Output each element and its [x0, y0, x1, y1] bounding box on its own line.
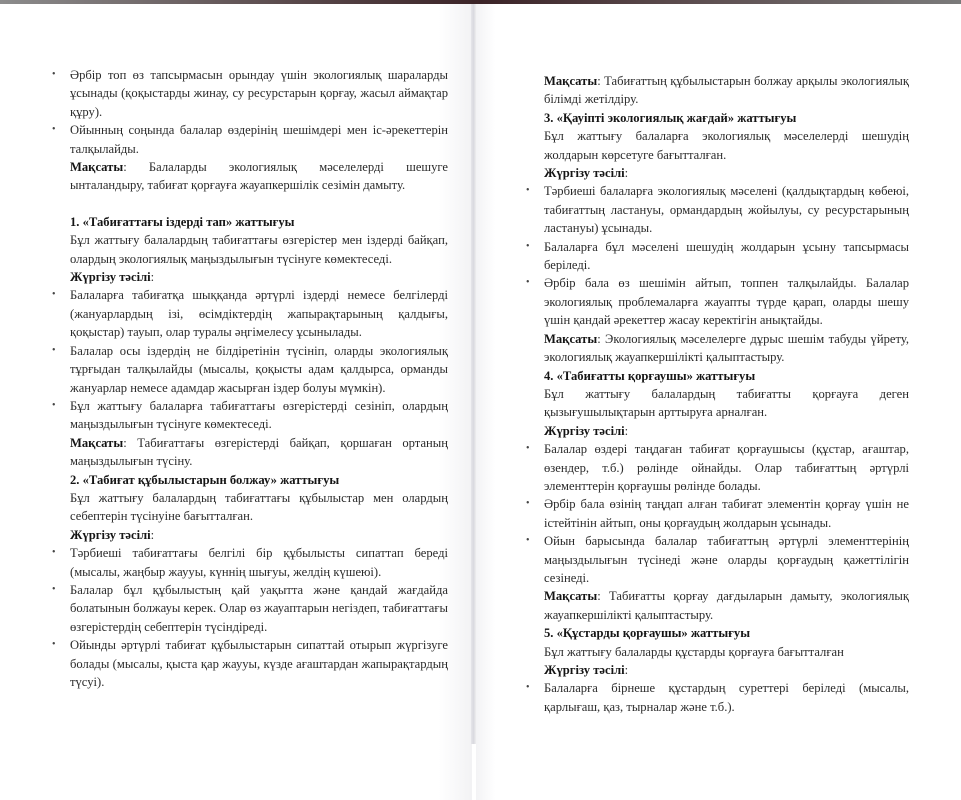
method-title: Жүргізу тәсілі — [544, 166, 625, 180]
method-label: Жүргізу тәсілі: — [52, 268, 448, 286]
method-title: Жүргізу тәсілі — [70, 528, 151, 542]
bullet-item: Балаларға бұл мәселені шешудің жолдарын … — [526, 238, 909, 275]
bullet-item: Балалар бұл құбылыстың қай уақытта және … — [52, 581, 448, 636]
bullet-item: Әрбір бала өз шешімін айтып, топпен талқ… — [526, 274, 909, 329]
method-title: Жүргізу тәсілі — [70, 270, 151, 284]
method-label: Жүргізу тәсілі: — [52, 526, 448, 544]
exercise-description: Бұл жаттығу балалардың табиғаттағы құбыл… — [52, 489, 448, 526]
goal-text: : Табиғаттағы өзгерістерді байқап, қорша… — [70, 436, 448, 468]
bullet-item: Балалар осы іздердің не білдіретінін түс… — [52, 342, 448, 397]
bullet-item: Тәрбиеші табиғаттағы белгілі бір құбылыс… — [52, 544, 448, 581]
spacer — [52, 195, 448, 213]
exercise-description: Бұл жаттығу балалардың табиғатты қорғауғ… — [526, 385, 909, 422]
left-page-content: Әрбір топ өз тапсырмасын орындау үшін эк… — [52, 66, 448, 691]
exercise-description: Бұл жаттығу балалардың табиғаттағы өзгер… — [52, 231, 448, 268]
bullet-item: Балаларға табиғатқа шыққанда әртүрлі ізд… — [52, 286, 448, 341]
goal-label: Мақсаты — [544, 74, 597, 88]
exercise-heading: 1. «Табиғаттағы іздерді тап» жаттығуы — [52, 213, 448, 231]
exercise-heading: 4. «Табиғатты қорғаушы» жаттығуы — [526, 367, 909, 385]
goal-paragraph: Мақсаты: Табиғаттың құбылыстарын болжау … — [526, 72, 909, 109]
goal-paragraph: Мақсаты: Экологиялық мәселелерге дұрыс ш… — [526, 330, 909, 367]
goal-label: Мақсаты — [70, 436, 123, 450]
method-colon: : — [625, 424, 629, 438]
goal-text: : Экологиялық мәселелерге дұрыс шешім та… — [544, 332, 909, 364]
goal-label: Мақсаты — [544, 589, 597, 603]
goal-paragraph: Мақсаты: Табиғатты қорғау дағдыларын дам… — [526, 587, 909, 624]
bullet-item: Балаларға бірнеше құстардың суреттері бе… — [526, 679, 909, 716]
bullet-item: Бұл жаттығу балаларға табиғаттағы өзгері… — [52, 397, 448, 434]
bullet-item: Балалар өздері таңдаған табиғат қорғаушы… — [526, 440, 909, 495]
goal-label: Мақсаты — [70, 160, 123, 174]
bullet-item: Тәрбиеші балаларға экологиялық мәселені … — [526, 182, 909, 237]
goal-text: : Балаларды экологиялық мәселелерді шешу… — [70, 160, 448, 192]
goal-paragraph: Мақсаты: Табиғаттағы өзгерістерді байқап… — [52, 434, 448, 471]
exercise-description: Бұл жаттығу балаларға экологиялық мәселе… — [526, 127, 909, 164]
bullet-item: Ойынның соңында балалар өздерінің шешімд… — [52, 121, 448, 158]
goal-text: : Табиғаттың құбылыстарын болжау арқылы … — [544, 74, 909, 106]
bullet-item: Ойын барысында балалар табиғаттың әртүрл… — [526, 532, 909, 587]
method-label: Жүргізу тәсілі: — [526, 164, 909, 182]
right-page: Мақсаты: Табиғаттың құбылыстарын болжау … — [476, 4, 961, 800]
goal-paragraph: Мақсаты: Балаларды экологиялық мәселелер… — [52, 158, 448, 195]
bullet-item: Ойынды әртүрлі табиғат құбылыстарын сипа… — [52, 636, 448, 691]
exercise-description: Бұл жаттығу балаларды құстарды қорғауға … — [526, 643, 909, 661]
exercise-heading: 3. «Қауіпті экологиялық жағдай» жаттығуы — [526, 109, 909, 127]
goal-label: Мақсаты — [544, 332, 597, 346]
exercise-heading: 2. «Табиғат құбылыстарын болжау» жаттығу… — [52, 471, 448, 489]
method-label: Жүргізу тәсілі: — [526, 661, 909, 679]
method-colon: : — [625, 663, 629, 677]
exercise-heading: 5. «Құстарды қорғаушы» жаттығуы — [526, 624, 909, 642]
method-colon: : — [151, 528, 155, 542]
right-page-content: Мақсаты: Табиғаттың құбылыстарын болжау … — [526, 72, 909, 716]
goal-text: : Табиғатты қорғау дағдыларын дамыту, эк… — [544, 589, 909, 621]
method-colon: : — [151, 270, 155, 284]
method-title: Жүргізу тәсілі — [544, 424, 625, 438]
bullet-item: Әрбір бала өзінің таңдап алған табиғат э… — [526, 495, 909, 532]
bullet-item: Әрбір топ өз тапсырмасын орындау үшін эк… — [52, 66, 448, 121]
method-title: Жүргізу тәсілі — [544, 663, 625, 677]
method-label: Жүргізу тәсілі: — [526, 422, 909, 440]
method-colon: : — [625, 166, 629, 180]
left-page: Әрбір топ өз тапсырмасын орындау үшін эк… — [0, 4, 472, 800]
